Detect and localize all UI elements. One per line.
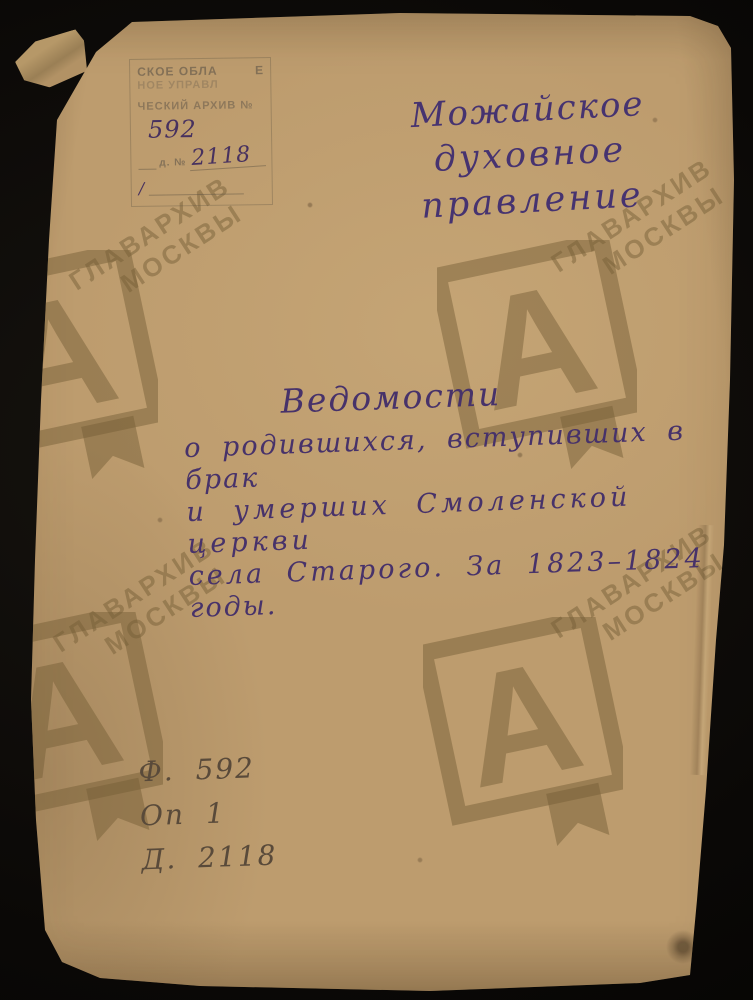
document-cover-page: А ГЛАВАРХИВ МОСКВЫ А ГЛАВАРХИВ МОСКВЫ [0,0,753,1000]
stamp-line2: НОЕ УПРАВЛ [137,78,264,92]
archive-stamp: СКОЕ ОБЛА Е НОЕ УПРАВЛ ЧЕСКИЙ АРХИВ № 59… [129,57,273,207]
document-title: Ведомости о родившихся, вступивших в бра… [182,367,710,625]
fond-mark: Ф. 592 [138,746,275,795]
stamp-line1: СКОЕ ОБЛА [137,64,218,79]
institution-header: Можайское духовное правление [327,78,734,235]
fond-number-handwritten: 592 [148,116,265,142]
slash-mark-handwritten: / [139,182,150,196]
delo-number-handwritten: 2118 [189,144,266,171]
opis-mark: Оп 1 [139,790,276,839]
title-line1: Ведомости [280,367,703,422]
archive-citation: Ф. 592 Оп 1 Д. 2118 [138,746,278,883]
stamp-rule-line [138,155,156,170]
scan-background: А ГЛАВАРХИВ МОСКВЫ А ГЛАВАРХИВ МОСКВЫ [0,0,753,1000]
stamp-rule-line [149,181,244,195]
stamp-line1-right: Е [255,63,264,77]
delo-mark: Д. 2118 [141,834,278,883]
stamp-line3: ЧЕСКИЙ АРХИВ № [138,99,265,113]
delo-label: д. № [156,157,189,169]
